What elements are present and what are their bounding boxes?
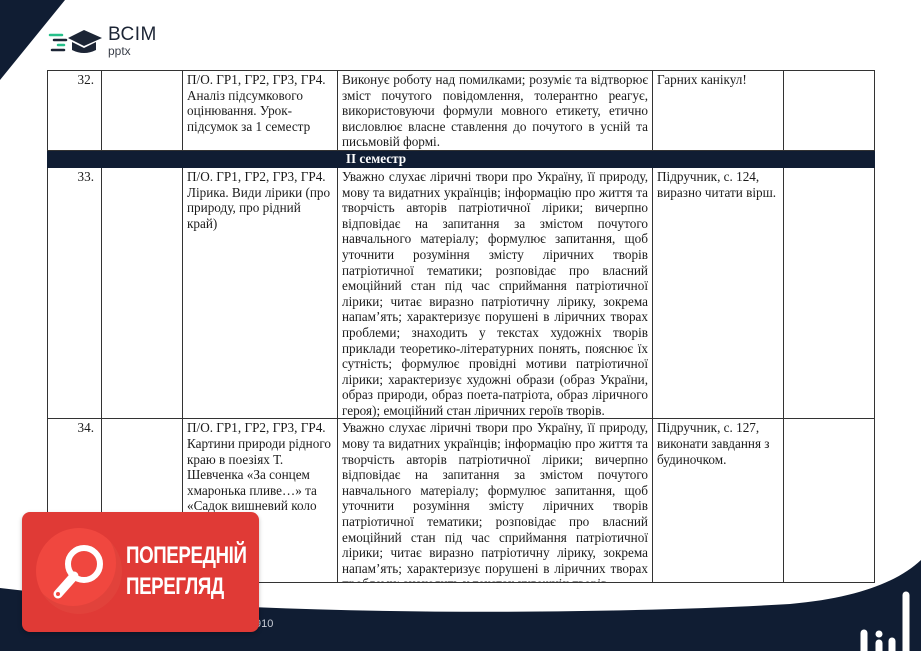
learning-outcomes: Уважно слухає ліричні твори про Україну,… xyxy=(338,419,653,583)
lesson-topic: П/О. ГР1, ГР2, ГР3, ГР4. Лірика. Види лі… xyxy=(183,167,338,419)
bars-logo-icon xyxy=(850,585,921,651)
lesson-plan-table: 32. П/О. ГР1, ГР2, ГР3, ГР4. Аналіз підс… xyxy=(47,70,875,583)
learning-outcomes: Виконує роботу над помилками; розуміє та… xyxy=(338,71,653,151)
date-cell xyxy=(102,167,183,419)
semester-header-row: ІІ семестр xyxy=(48,150,875,167)
table-row: 33. П/О. ГР1, ГР2, ГР3, ГР4. Лірика. Вид… xyxy=(48,167,875,419)
notes-cell xyxy=(784,419,875,583)
homework: Підручник, с. 127, виконати завдання з б… xyxy=(653,419,784,583)
preview-label-line1: ПОПЕРЕДНІЙ xyxy=(126,540,227,571)
homework: Підручник, с. 124, виразно читати вірш. xyxy=(653,167,784,419)
preview-label-line2: ПЕРЕГЛЯД xyxy=(126,571,227,602)
table-row: 32. П/О. ГР1, ГР2, ГР3, ГР4. Аналіз підс… xyxy=(48,71,875,151)
notes-cell xyxy=(784,71,875,151)
homework: Гарних канікул! xyxy=(653,71,784,151)
graduation-cap-icon xyxy=(48,26,104,56)
brand-name: ВСІМ xyxy=(108,25,157,44)
date-cell xyxy=(102,71,183,151)
magnifier-icon xyxy=(36,528,122,614)
semester-header: ІІ семестр xyxy=(48,150,875,167)
lesson-number: 33. xyxy=(48,167,102,419)
preview-label: ПОПЕРЕДНІЙ ПЕРЕГЛЯД xyxy=(126,540,227,602)
lesson-topic: П/О. ГР1, ГР2, ГР3, ГР4. Аналіз підсумко… xyxy=(183,71,338,151)
brand-logo: ВСІМ pptx xyxy=(48,25,157,57)
lesson-number: 32. xyxy=(48,71,102,151)
preview-circle xyxy=(36,528,122,614)
brand-sub: pptx xyxy=(108,45,157,57)
learning-outcomes-text: Уважно слухає ліричні твори про Україну,… xyxy=(342,420,648,582)
notes-cell xyxy=(784,167,875,419)
preview-badge[interactable]: ПОПЕРЕДНІЙ ПЕРЕГЛЯД xyxy=(22,512,259,632)
learning-outcomes: Уважно слухає ліричні твори про Україну,… xyxy=(338,167,653,419)
